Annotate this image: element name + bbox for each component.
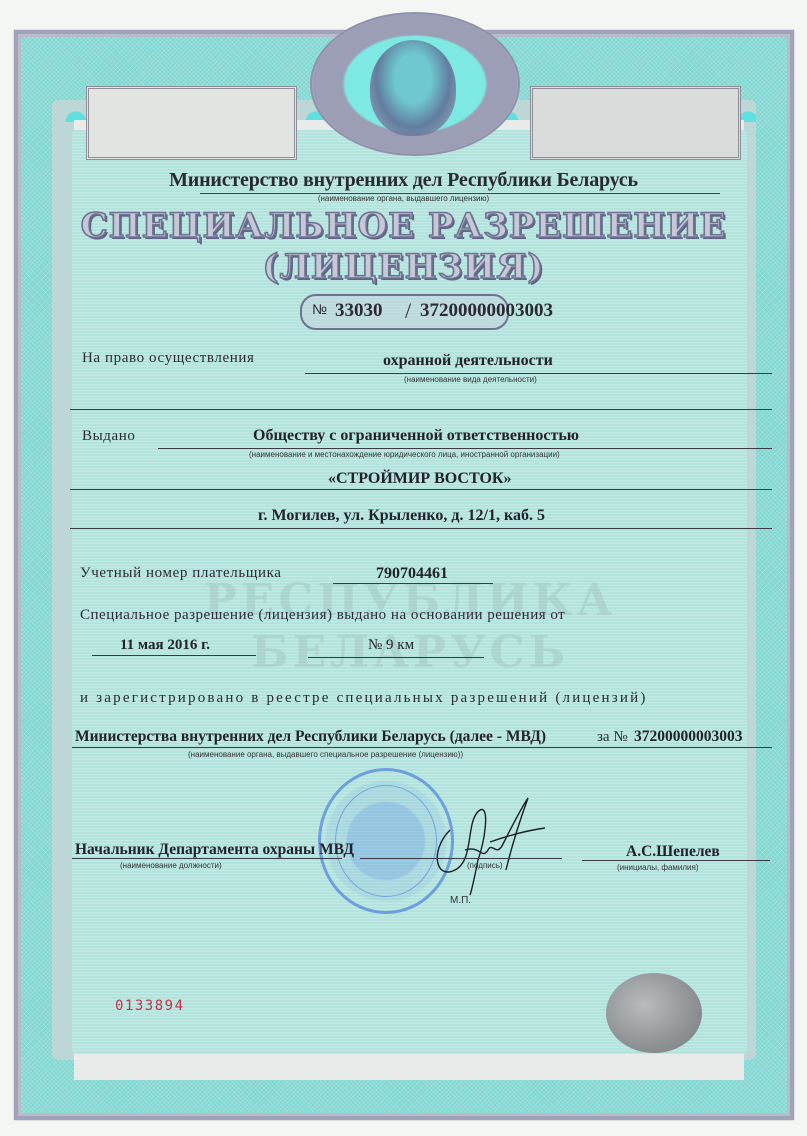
decision-number-line [308, 657, 484, 658]
issued-to-label: Выдано [82, 428, 136, 445]
registry-line [72, 747, 772, 748]
blank-panel-left [86, 86, 297, 160]
position-caption: (наименование должности) [120, 861, 222, 870]
document-title: СПЕЦИАЛЬНОЕ РАЗРЕШЕНИЕ [0, 206, 807, 246]
registry-number-label: за № [597, 729, 628, 746]
issued-to-caption: (наименование и местонахождение юридичес… [249, 450, 560, 459]
blank-panel-right [530, 86, 741, 160]
license-number: 33030 [335, 300, 383, 322]
issued-to-line [158, 448, 772, 449]
taxpayer-line [333, 583, 493, 584]
company-line [70, 489, 772, 490]
signatory-name: А.С.Шепелев [626, 843, 720, 861]
company-address: г. Могилев, ул. Крыленко, д. 12/1, каб. … [258, 507, 545, 525]
activity-line-2 [70, 409, 772, 410]
activity-line [305, 373, 772, 374]
issued-to-line1: Обществу с ограниченной ответственностью [253, 427, 579, 445]
signature-caption: (подпись) [467, 861, 503, 870]
hologram-icon [606, 973, 702, 1053]
signature-line [360, 858, 562, 859]
taxpayer-number: 790704461 [376, 565, 448, 583]
registry-authority: Министерства внутренних дел Республики Б… [75, 728, 546, 746]
state-emblem-icon [370, 40, 456, 136]
address-line [70, 528, 772, 529]
issuer-name: Министерство внутренних дел Республики Б… [0, 169, 807, 192]
signature-icon [420, 790, 550, 900]
registry-number: 37200000003003 [634, 728, 743, 746]
serial-number: 0133894 [115, 998, 185, 1014]
license-registry-number: 37200000003003 [420, 300, 553, 322]
activity-label: На право осуществления [82, 350, 254, 367]
basis-text: Специальное разрешение (лицензия) выдано… [80, 607, 565, 624]
decision-date: 11 мая 2016 г. [120, 637, 210, 654]
activity-caption: (наименование вида деятельности) [404, 375, 537, 384]
issuer-caption: (наименование органа, выдавшего лицензию… [0, 194, 807, 203]
name-caption: (инициалы, фамилия) [617, 863, 699, 872]
number-separator: / [405, 298, 411, 324]
decision-number: № 9 км [368, 637, 414, 654]
company-name: «СТРОЙМИР ВОСТОК» [328, 470, 512, 488]
document-subtitle: (ЛИЦЕНЗИЯ) [0, 247, 807, 287]
registry-caption: (наименование органа, выдавшего специаль… [188, 750, 463, 759]
signatory-position: Начальник Департамента охраны МВД [75, 841, 354, 859]
registry-text: и зарегистрировано в реестре специальных… [80, 690, 648, 707]
taxpayer-label: Учетный номер плательщика [80, 565, 282, 582]
seal-label: М.П. [450, 895, 471, 906]
watermark: РЕСПУБЛИКА БЕЛАРУСЬ [200, 575, 620, 679]
decision-date-line [92, 655, 256, 656]
activity-value: охранной деятельности [383, 352, 553, 370]
name-line [582, 860, 770, 861]
position-line [72, 858, 342, 859]
number-sign: № [312, 301, 327, 317]
